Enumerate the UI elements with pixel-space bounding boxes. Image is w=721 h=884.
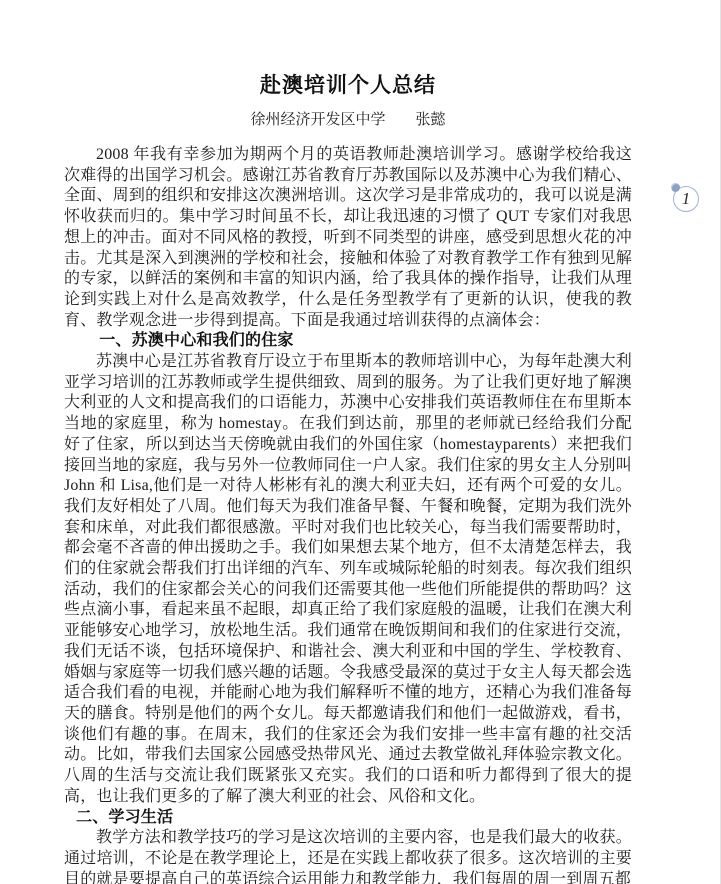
document-byline: 徐州经济开发区中学 张懿 bbox=[64, 110, 632, 130]
pin-icon bbox=[671, 183, 680, 192]
paragraph-study-life: 教学方法和教学技巧的学习是这次培训的主要内容，也是我们最大的收获。通过培训，不论… bbox=[64, 828, 632, 884]
heading-section-1-homestay: 一、苏澳中心和我们的住家 bbox=[64, 331, 632, 352]
heading-section-2-study-life: 二、学习生活 bbox=[64, 808, 632, 829]
document-title: 赴澳培训个人总结 bbox=[64, 0, 632, 100]
page-number-marker[interactable]: 1 bbox=[673, 186, 699, 212]
paragraph-homestay: 苏澳中心是江苏省教育厅设立于布里斯本的教师培训中心，为每年赴澳大利亚学习培训的江… bbox=[64, 352, 632, 807]
document-body: 2008 年我有幸参加为期两个月的英语教师赴澳培训学习。感谢学校给我这次难得的出… bbox=[64, 145, 632, 884]
document-page: 赴澳培训个人总结 徐州经济开发区中学 张懿 2008 年我有幸参加为期两个月的英… bbox=[0, 0, 721, 884]
paragraph-intro: 2008 年我有幸参加为期两个月的英语教师赴澳培训学习。感谢学校给我这次难得的出… bbox=[64, 145, 632, 331]
document-content: 赴澳培训个人总结 徐州经济开发区中学 张懿 2008 年我有幸参加为期两个月的英… bbox=[64, 0, 632, 884]
page-number-label: 1 bbox=[682, 189, 691, 209]
